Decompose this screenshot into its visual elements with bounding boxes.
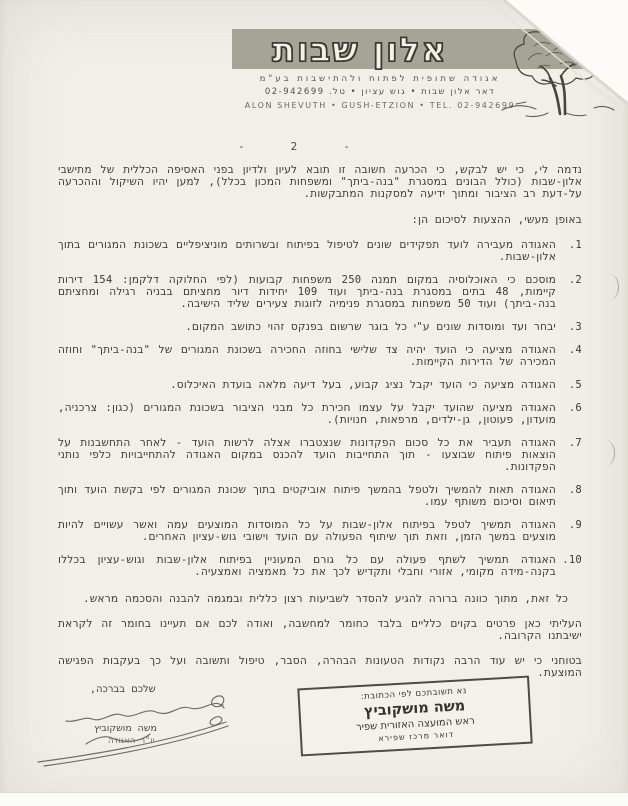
list-item-text: יבחר ועד ומוסדות שונים ע"י כל בוגר שרשום… [185, 321, 556, 333]
scan-edge-mark [599, 440, 615, 466]
list-item-number: 1. [569, 239, 582, 251]
list-item: 4. האגודה מציעה כי הועד יהיה צד שלישי בח… [58, 344, 582, 368]
list-item-text: האגודה תאות להמשיך ולטפל בהמשך פיתוח אוב… [58, 484, 556, 508]
list-item: 9. האגודה תמשיך לטפל בפיתוח אלון-שבות על… [58, 519, 582, 543]
list-item: 7. האגודה תעביר את כל סכום הפקדונות שנצט… [58, 437, 582, 473]
list-item: 5. האגודה מציעה כי הועד יקבל נציג קבוע, … [58, 379, 582, 391]
list-item-number: 3. [569, 321, 582, 333]
list-item-text: מוסכם כי האוכלוסיה במקום תמנה 250 משפחות… [58, 274, 556, 310]
list-item-number: 2. [569, 274, 582, 286]
list-item-text: האגודה תמשיך לשתף פעולה עם כל גורם המעונ… [58, 554, 556, 578]
list-item-number: 5. [569, 379, 582, 391]
list-item: 3. יבחר ועד ומוסדות שונים ע"י כל בוגר שר… [58, 321, 582, 333]
list-item: 6. האגודה מציעה שהועד יקבל על עצמו חכירת… [58, 402, 582, 426]
list-item-number: 9. [569, 519, 582, 531]
list-item-text: האגודה מעבירה לועד תפקידים שונים לטיפול … [58, 239, 556, 263]
list-item-text: האגודה תמשיך לטפל בפיתוח אלון-שבות על כל… [58, 519, 556, 543]
list-item-text: האגודה תעביר את כל סכום הפקדונות שנצטברו… [58, 437, 556, 473]
paper-bottom-edge [0, 792, 628, 806]
closing-paragraph: בטוחני כי יש עוד הרבה נקודות הטעונות הבה… [58, 655, 582, 679]
page-number: - 2 - [0, 141, 588, 153]
letter-body: נדמה לי, כי יש לבקש, כי הכרעה חשובה זו ת… [58, 164, 582, 692]
list-item: 1. האגודה מעבירה לועד תפקידים שונים לטיפ… [58, 239, 582, 263]
list-item-text: האגודה מציעה שהועד יקבל על עצמו חכירת כל… [58, 402, 556, 426]
list-item: 2. מוסכם כי האוכלוסיה במקום תמנה 250 משפ… [58, 274, 582, 310]
list-item-number: 10. [562, 554, 582, 566]
reply-address-stamp: נא תשובתכם לפי הכתובת: משה מושקוביץ ראש … [297, 676, 532, 757]
closing-paragraph: העליתי כאן פרטים בקוים כלליים בלבד כחומר… [58, 618, 582, 642]
list-item-number: 8. [569, 484, 582, 496]
list-item: 10. האגודה תמשיך לשתף פעולה עם כל גורם ה… [58, 554, 582, 578]
list-item-number: 6. [569, 402, 582, 414]
list-item-text: האגודה מציעה כי הועד יהיה צד שלישי בחוזה… [58, 344, 556, 368]
handwritten-signature-icon [28, 692, 238, 774]
list-item-text: האגודה מציעה כי הועד יקבל נציג קבוע, בעל… [170, 379, 556, 391]
letterhead-title: אלון שבות [272, 30, 447, 69]
scanned-letter-page: אלון שבות אגודה שתופית לפתוח ולהתישבות ב… [0, 0, 628, 806]
list-item-number: 4. [569, 344, 582, 356]
signature-salutation: שלכם בברכה, [90, 684, 156, 695]
scan-edge-mark [603, 274, 619, 300]
list-item: 8. האגודה תאות להמשיך ולטפל בהמשך פיתוח … [58, 484, 582, 508]
closing-paragraph: כל זאת, מתוך כוונה ברורה להגיע להסדר לשב… [58, 593, 582, 605]
page-curl-artifact [468, 0, 628, 115]
intro-paragraph: נדמה לי, כי יש לבקש, כי הכרעה חשובה זו ת… [58, 164, 582, 200]
practical-lead-line: באופן מעשי, ההצעות לסיכום הן: [58, 214, 582, 226]
list-item-number: 7. [569, 437, 582, 449]
